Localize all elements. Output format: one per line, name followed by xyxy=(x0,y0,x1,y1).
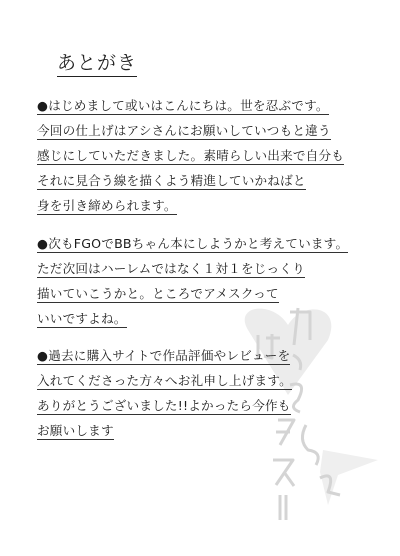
afterword-page: あとがき ●はじめまして或いはこんにちは。世を忍ぶです。 今回の仕上げはアシさん… xyxy=(0,0,400,556)
text-line: ●次もFGOでBBちゃん本にしようかと考えています。 xyxy=(37,233,348,258)
text-line-content: ●はじめまして或いはこんにちは。世を忍ぶです。 xyxy=(37,97,329,115)
text-line: 感じにしていただきました。素晴らしい出来で自分も xyxy=(37,145,344,170)
text-line-content: ●次もFGOでBBちゃん本にしようかと考えています。 xyxy=(37,235,348,253)
text-line: お願いします xyxy=(37,420,292,445)
text-line: いいですよね。 xyxy=(37,308,348,333)
text-line-content: 描いていこうかと。ところでアメスクって xyxy=(37,285,279,303)
paragraph-greeting: ●はじめまして或いはこんにちは。世を忍ぶです。 今回の仕上げはアシさんにお願いし… xyxy=(37,95,344,220)
text-line: 描いていこうかと。ところでアメスクって xyxy=(37,283,348,308)
text-line: 入れてくださった方々へお礼申し上げます。 xyxy=(37,370,292,395)
text-line-content: 身を引き締められます。 xyxy=(37,197,177,215)
text-line: それに見合う線を描くよう精進していかねばと xyxy=(37,170,344,195)
text-line: 今回の仕上げはアシさんにお願いしていつもと違う xyxy=(37,120,344,145)
text-line: ただ次回はハーレムではなく１対１をじっくり xyxy=(37,258,348,283)
text-line: 身を引き締められます。 xyxy=(37,195,344,220)
text-line-content: いいですよね。 xyxy=(37,310,127,328)
text-line-content: お願いします xyxy=(37,422,114,440)
text-line-content: ●過去に購入サイトで作品評価やレビューを xyxy=(37,347,290,365)
text-line: ありがとうございました!!よかったら今作も xyxy=(37,395,292,420)
text-line-content: 感じにしていただきました。素晴らしい出来で自分も xyxy=(37,147,344,165)
paragraph-thanks: ●過去に購入サイトで作品評価やレビューを 入れてくださった方々へお礼申し上げます… xyxy=(37,345,292,445)
text-line-content: 入れてくださった方々へお礼申し上げます。 xyxy=(37,372,292,390)
page-title: あとがき xyxy=(57,52,137,77)
text-line-content: 今回の仕上げはアシさんにお願いしていつもと違う xyxy=(37,122,331,140)
text-line-content: ありがとうございました!!よかったら今作も xyxy=(37,397,291,415)
text-line: ●過去に購入サイトで作品評価やレビューを xyxy=(37,345,292,370)
text-line-content: ただ次回はハーレムではなく１対１をじっくり xyxy=(37,260,305,278)
text-line-content: それに見合う線を描くよう精進していかねばと xyxy=(37,172,306,190)
paragraph-next-work: ●次もFGOでBBちゃん本にしようかと考えています。 ただ次回はハーレムではなく… xyxy=(37,233,348,333)
text-line: ●はじめまして或いはこんにちは。世を忍ぶです。 xyxy=(37,95,344,120)
